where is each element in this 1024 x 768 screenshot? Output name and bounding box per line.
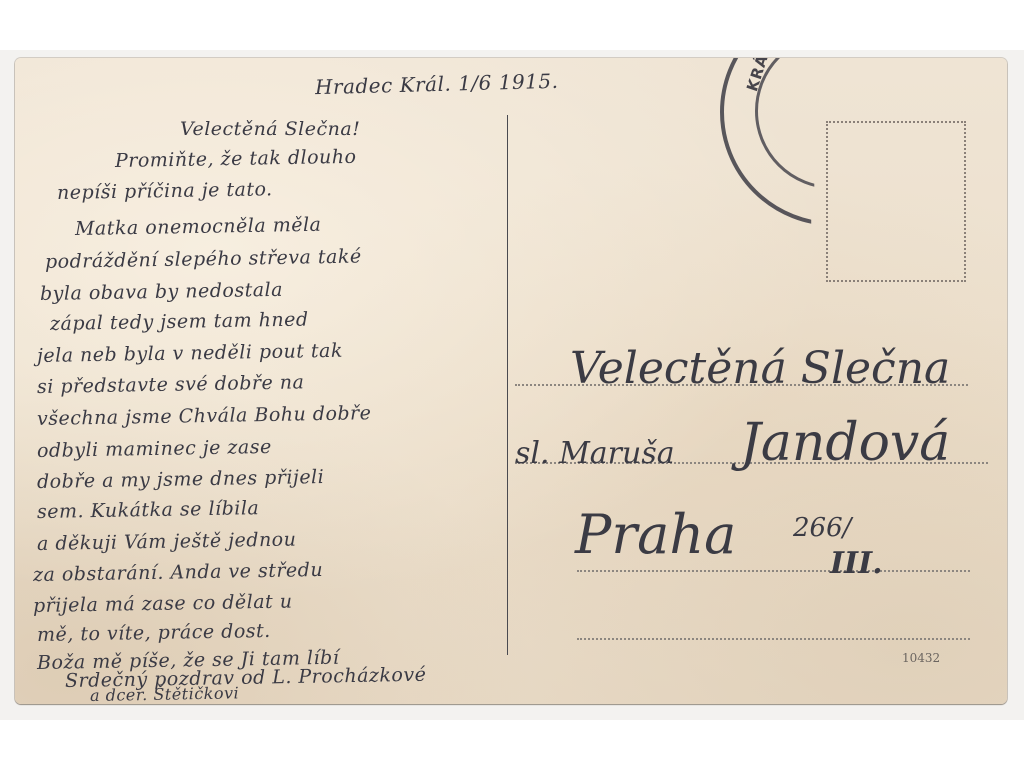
letter-date-line: Hradec Král. 1/6 1915.	[315, 69, 559, 99]
letter-line: za obstarání. Anda ve středu	[33, 559, 323, 586]
address-rule-3	[577, 570, 970, 572]
letter-line: podráždění slepého střeva také	[45, 245, 362, 273]
letter-line: dobře a my jsme dnes přijeli	[37, 466, 325, 493]
letter-line: si představte své dobře na	[37, 371, 305, 398]
letter-line: přijela má zase co dělat u	[33, 590, 293, 617]
letter-line: byla obava by nedostala	[40, 279, 283, 305]
address-district: III.	[830, 546, 883, 581]
stamp-box	[826, 121, 966, 282]
address-house-number: 266/	[793, 513, 851, 543]
letter-line: odbyli maminec je zase	[37, 436, 272, 462]
address-rule-4	[577, 638, 970, 640]
letter-signoff-2: a dcer. Štětičkovi	[90, 683, 240, 704]
address-recipient-surname: Jandová	[740, 413, 950, 473]
letter-line: a děkuji Vám ještě jednou	[37, 528, 297, 555]
address-recipient-first-name: sl. Maruša	[515, 436, 675, 471]
address-city: Praha	[575, 503, 736, 566]
letter-line: sem. Kukátka se líbila	[37, 497, 260, 523]
letter-salutation: Velectěná Slečna!	[180, 118, 360, 140]
postcard: KRÁLOVÉ 1 Hradec Král. 1/6 1915. Velectě…	[15, 58, 1007, 704]
letter-line: všechna jsme Chvála Bohu dobře	[37, 402, 372, 430]
letter-line: jela neb byla v neděli pout tak	[37, 340, 343, 367]
page: KRÁLOVÉ 1 Hradec Král. 1/6 1915. Velectě…	[0, 0, 1024, 768]
address-recipient-title: Velectěná Slečna	[570, 343, 950, 394]
card-number: 10432	[902, 651, 940, 665]
letter-line: nepíši příčina je tato.	[57, 178, 273, 204]
letter-line: zápal tedy jsem tam hned	[50, 308, 309, 335]
letter-line: Promiňte, že tak dlouho	[115, 146, 357, 172]
center-divider	[507, 115, 508, 655]
letter-line: Matka onemocněla měla	[75, 214, 322, 240]
letter-line: mě, to víte, práce dost.	[37, 620, 271, 646]
